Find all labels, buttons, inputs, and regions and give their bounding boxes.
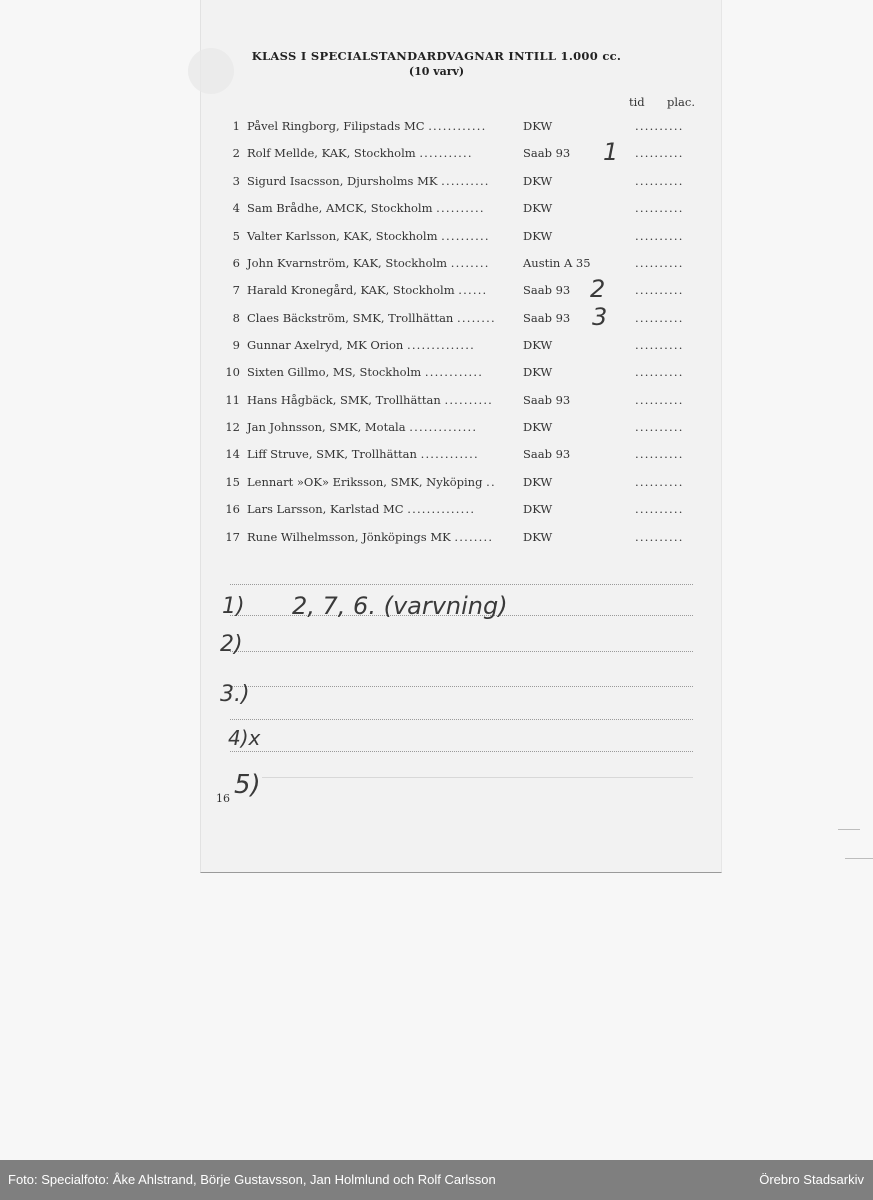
handwritten-placing: 3	[592, 303, 607, 331]
entry-number: 1	[222, 119, 240, 133]
archive-name: Örebro Stadsarkiv	[759, 1172, 864, 1187]
entry-number: 16	[222, 502, 240, 516]
entry-driver: Rolf Mellde, KAK, Stockholm ...........	[247, 146, 473, 160]
handwritten-placing: 2	[590, 275, 605, 303]
entry-driver: Sam Brådhe, AMCK, Stockholm ..........	[247, 201, 485, 215]
entry-place-field: ..........	[635, 365, 684, 379]
entry-car: Saab 93	[523, 393, 570, 407]
entry-car: DKW	[523, 201, 552, 215]
entry-car: DKW	[523, 365, 552, 379]
entry-driver: Sigurd Isacsson, Djursholms MK .........…	[247, 174, 490, 188]
entry-car: DKW	[523, 475, 552, 489]
result-line	[230, 686, 693, 687]
entry-driver: Jan Johnsson, SMK, Motala ..............	[247, 420, 477, 434]
entry-row: 4Sam Brådhe, AMCK, Stockholm ..........D…	[222, 201, 702, 221]
handwritten-label-2: 2)	[220, 632, 243, 657]
entry-number: 11	[222, 393, 240, 407]
entry-driver: Påvel Ringborg, Filipstads MC ..........…	[247, 119, 486, 133]
entry-driver: Harald Kronegård, KAK, Stockholm ......	[247, 283, 487, 297]
entry-driver: Claes Bäckström, SMK, Trollhättan ......…	[247, 311, 496, 325]
result-line	[262, 777, 693, 778]
entry-place-field: ..........	[635, 420, 684, 434]
entry-row: 5Valter Karlsson, KAK, Stockholm .......…	[222, 229, 702, 249]
entry-place-field: ..........	[635, 311, 684, 325]
entry-driver: Lennart »OK» Eriksson, SMK, Nyköping ..	[247, 475, 496, 489]
entry-row: 14Liff Struve, SMK, Trollhättan ........…	[222, 447, 702, 467]
result-line	[230, 651, 693, 652]
handwritten-label-3: 3.)	[220, 682, 250, 707]
handwritten-label-5: 5)	[234, 770, 261, 800]
entry-row: 15Lennart »OK» Eriksson, SMK, Nyköping .…	[222, 475, 702, 495]
entry-place-field: ..........	[635, 475, 684, 489]
column-header-time: tid	[629, 95, 645, 109]
entry-car: DKW	[523, 119, 552, 133]
entry-row: 10Sixten Gillmo, MS, Stockholm .........…	[222, 365, 702, 385]
entry-number: 6	[222, 256, 240, 270]
entry-number: 7	[222, 283, 240, 297]
entry-car: Saab 93	[523, 283, 570, 297]
result-line	[230, 584, 693, 585]
entry-number: 10	[222, 365, 240, 379]
entry-driver: Rune Wilhelmsson, Jönköpings MK ........	[247, 530, 493, 544]
entry-place-field: ..........	[635, 256, 684, 270]
entry-driver: Gunnar Axelryd, MK Orion ..............	[247, 338, 475, 352]
entry-number: 2	[222, 146, 240, 160]
entry-row: 11Hans Hågbäck, SMK, Trollhättan .......…	[222, 393, 702, 413]
entry-place-field: ..........	[635, 283, 684, 297]
entry-car: DKW	[523, 338, 552, 352]
entry-number: 3	[222, 174, 240, 188]
footer-bar: Foto: Specialfoto: Åke Ahlstrand, Börje …	[0, 1160, 873, 1200]
entry-place-field: ..........	[635, 502, 684, 516]
entry-number: 14	[222, 447, 240, 461]
entry-driver: Valter Karlsson, KAK, Stockholm ........…	[247, 229, 490, 243]
entry-number: 9	[222, 338, 240, 352]
scan-mark	[838, 829, 860, 830]
entry-row: 7Harald Kronegård, KAK, Stockholm ......…	[222, 283, 702, 303]
page-number: 16	[216, 792, 230, 805]
entry-place-field: ..........	[635, 174, 684, 188]
photo-credit: Foto: Specialfoto: Åke Ahlstrand, Börje …	[8, 1172, 496, 1187]
entry-row: 9Gunnar Axelryd, MK Orion ..............…	[222, 338, 702, 358]
entry-row: 17Rune Wilhelmsson, Jönköpings MK ......…	[222, 530, 702, 550]
entry-row: 8Claes Bäckström, SMK, Trollhättan .....…	[222, 311, 702, 331]
entry-number: 15	[222, 475, 240, 489]
entry-car: DKW	[523, 420, 552, 434]
entry-car: DKW	[523, 502, 552, 516]
entry-place-field: ..........	[635, 530, 684, 544]
entry-place-field: ..........	[635, 119, 684, 133]
handwritten-result-1: 2, 7, 6. (varvning)	[292, 592, 508, 620]
entry-row: 12Jan Johnsson, SMK, Motala ............…	[222, 420, 702, 440]
entry-car: Saab 93	[523, 146, 570, 160]
entry-place-field: ..........	[635, 146, 684, 160]
entry-car: Saab 93	[523, 447, 570, 461]
entry-row: 6John Kvarnström, KAK, Stockholm .......…	[222, 256, 702, 276]
handwritten-placing: 1	[603, 138, 618, 166]
entry-place-field: ..........	[635, 229, 684, 243]
entry-driver: John Kvarnström, KAK, Stockholm ........	[247, 256, 490, 270]
entry-row: 16Lars Larsson, Karlstad MC ............…	[222, 502, 702, 522]
document-title: KLASS I SPECIALSTANDARDVAGNAR INTILL 1.0…	[0, 49, 873, 63]
entry-driver: Sixten Gillmo, MS, Stockholm ...........…	[247, 365, 483, 379]
entry-number: 17	[222, 530, 240, 544]
entry-driver: Hans Hågbäck, SMK, Trollhättan .........…	[247, 393, 493, 407]
entry-driver: Liff Struve, SMK, Trollhättan ..........…	[247, 447, 479, 461]
entry-row: 3Sigurd Isacsson, Djursholms MK ........…	[222, 174, 702, 194]
handwritten-label-1: 1)	[222, 594, 245, 619]
entry-number: 12	[222, 420, 240, 434]
entry-number: 4	[222, 201, 240, 215]
entry-number: 8	[222, 311, 240, 325]
document-subtitle: (10 varv)	[0, 65, 873, 78]
entry-place-field: ..........	[635, 393, 684, 407]
entry-car: DKW	[523, 530, 552, 544]
entry-row: 1Påvel Ringborg, Filipstads MC .........…	[222, 119, 702, 139]
entry-place-field: ..........	[635, 201, 684, 215]
entry-car: DKW	[523, 229, 552, 243]
entry-car: Saab 93	[523, 311, 570, 325]
entry-number: 5	[222, 229, 240, 243]
result-line	[230, 751, 693, 752]
column-header-place: plac.	[667, 95, 695, 109]
handwritten-label-4: 4)x	[228, 726, 260, 750]
entry-row: 2Rolf Mellde, KAK, Stockholm ...........…	[222, 146, 702, 166]
entry-place-field: ..........	[635, 447, 684, 461]
result-line	[230, 719, 693, 720]
entry-place-field: ..........	[635, 338, 684, 352]
entry-driver: Lars Larsson, Karlstad MC ..............	[247, 502, 475, 516]
scan-mark	[845, 858, 873, 859]
entry-car: Austin A 35	[523, 256, 591, 270]
entry-car: DKW	[523, 174, 552, 188]
